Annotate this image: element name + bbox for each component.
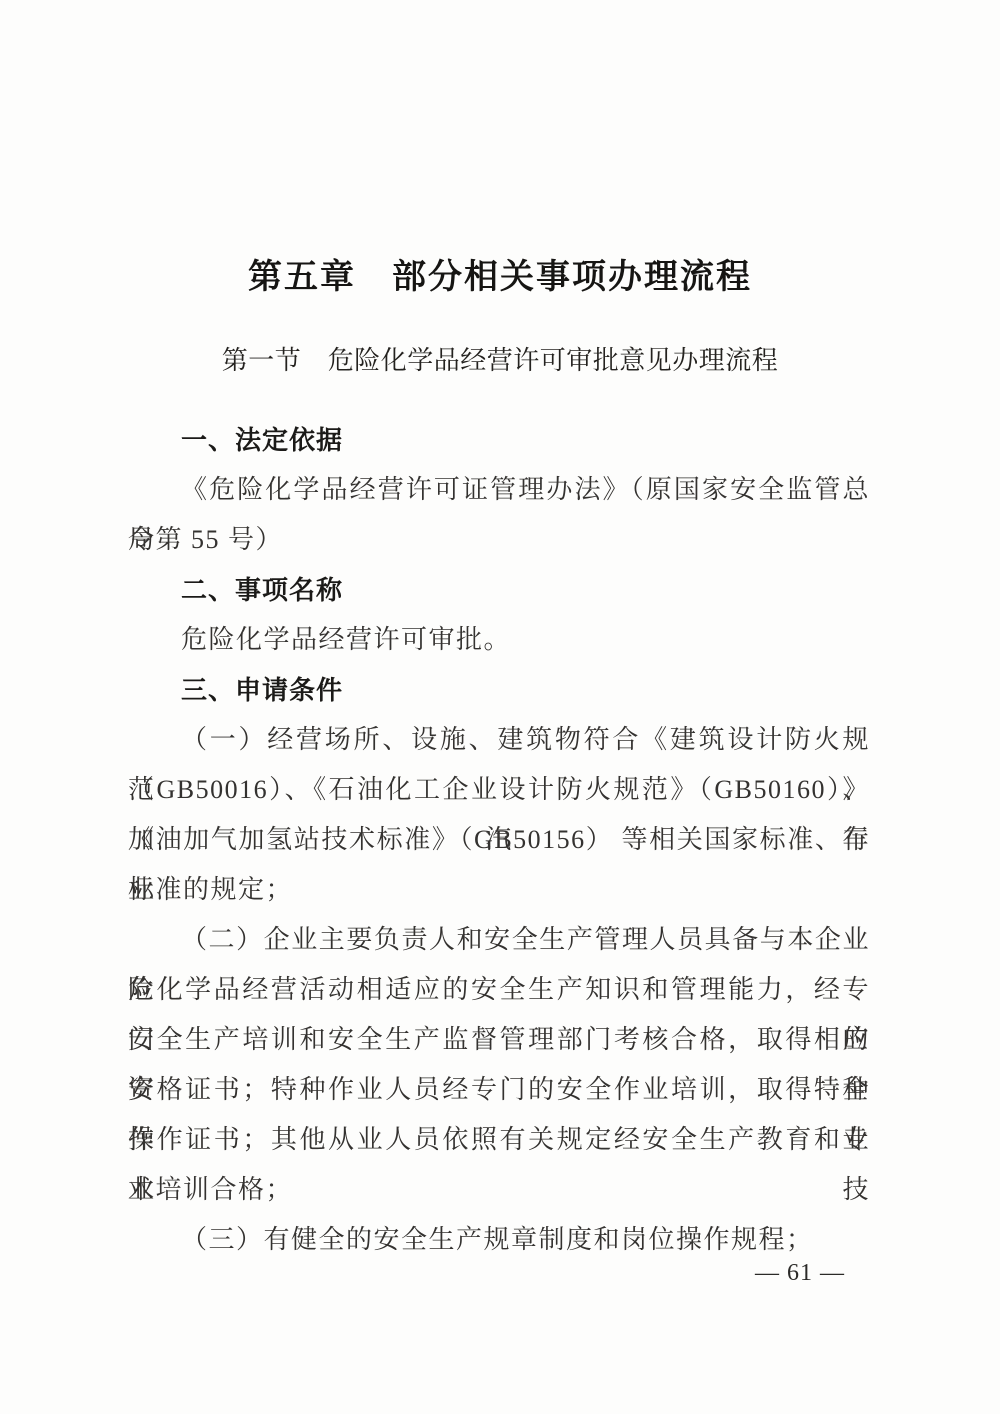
section-heading: 二、事项名称	[128, 565, 870, 615]
body-line: 令第 55 号）	[128, 515, 870, 565]
body-line: （GB50016）、《石油化工企业设计防火规范》（GB50160）、《汽车	[128, 765, 870, 815]
body-line: 操作证书；其他从业人员依照有关规定经安全生产教育和专业技	[128, 1115, 870, 1165]
body-line: 资格证书；特种作业人员经专门的安全作业培训，取得特种作业	[128, 1065, 870, 1115]
body-line: 险化学品经营活动相适应的安全生产知识和管理能力，经专门的	[128, 965, 870, 1015]
body-line: （二）企业主要负责人和安全生产管理人员具备与本企业危	[128, 915, 870, 965]
body-line: （一）经营场所、设施、建筑物符合《建筑设计防火规范》	[128, 715, 870, 765]
body-line: 加油加气加氢站技术标准》（GB50156） 等相关国家标准、行业	[128, 815, 870, 865]
section-heading: 三、申请条件	[128, 665, 870, 715]
body-line: 安全生产培训和安全生产监督管理部门考核合格，取得相应安全	[128, 1015, 870, 1065]
document-body: 一、法定依据《危险化学品经营许可证管理办法》（原国家安全监管总局令第 55 号）…	[128, 415, 870, 1265]
body-line: 《危险化学品经营许可证管理办法》（原国家安全监管总局	[128, 465, 870, 515]
section-title: 第一节 危险化学品经营许可审批意见办理流程	[0, 344, 1000, 378]
chapter-title: 第五章 部分相关事项办理流程	[0, 256, 1000, 300]
body-line: 标准的规定；	[128, 865, 870, 915]
body-line: 危险化学品经营许可审批。	[128, 615, 870, 665]
page-number: — 61 —	[755, 1258, 845, 1288]
document-page: 第五章 部分相关事项办理流程 第一节 危险化学品经营许可审批意见办理流程 一、法…	[0, 0, 1000, 1414]
section-heading: 一、法定依据	[128, 415, 870, 465]
